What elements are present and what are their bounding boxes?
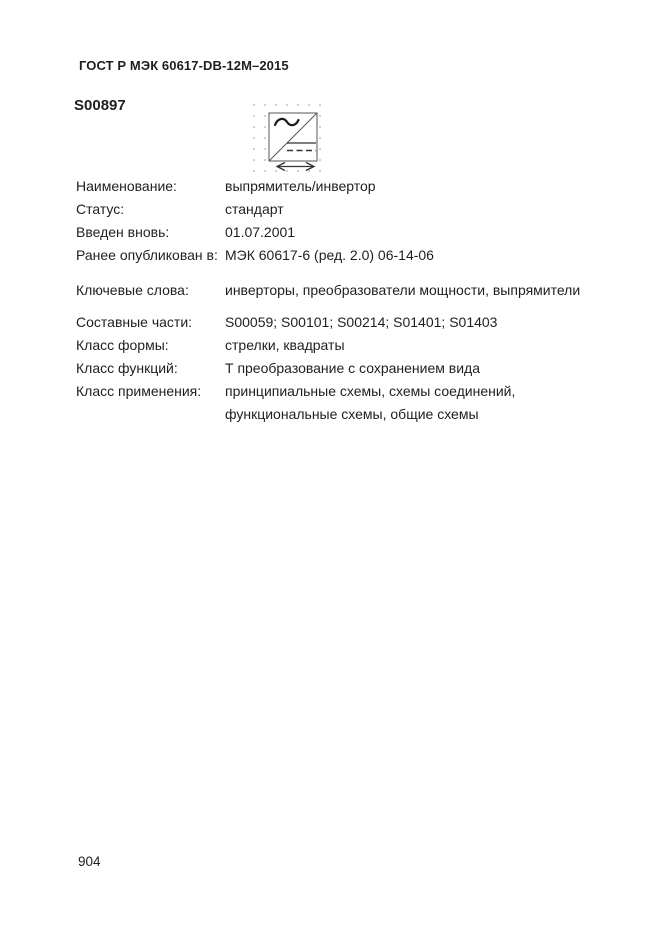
field-label: Класс формы: <box>76 334 225 357</box>
field-label: Класс применения: <box>76 380 225 403</box>
field-label: Ключевые слова: <box>76 279 225 302</box>
field-label: Введен вновь: <box>76 221 225 244</box>
field-value: стандарт <box>225 198 284 221</box>
field-list: Наименование: выпрямитель/инвертор Стату… <box>76 175 580 426</box>
field-row-introduced: Введен вновь: 01.07.2001 <box>76 221 580 244</box>
field-row-shape-class: Класс формы: стрелки, квадраты <box>76 334 580 357</box>
symbol-id-heading: S00897 <box>74 97 126 114</box>
field-value: инверторы, преобразователи мощности, вып… <box>225 279 580 302</box>
field-label: Составные части: <box>76 311 225 334</box>
field-row-application-class: Класс применения: принципиальные схемы, … <box>76 380 580 403</box>
field-value: Т преобразование с сохранением вида <box>225 357 480 380</box>
field-value: функциональные схемы, общие схемы <box>225 403 479 426</box>
field-label: Ранее опубликован в: <box>76 244 225 267</box>
document-page: ГОСТ Р МЭК 60617-DB-12М–2015 S00897 Наим… <box>0 0 661 936</box>
field-row-function-class: Класс функций: Т преобразование с сохран… <box>76 357 580 380</box>
field-row-components: Составные части: S00059; S00101; S00214;… <box>76 311 580 334</box>
rectifier-inverter-symbol <box>244 92 324 176</box>
field-row-keywords: Ключевые слова: инверторы, преобразовате… <box>76 279 580 302</box>
field-row-name: Наименование: выпрямитель/инвертор <box>76 175 580 198</box>
field-value: 01.07.2001 <box>225 221 295 244</box>
field-label-empty <box>76 403 225 426</box>
field-row-previously-published: Ранее опубликован в: МЭК 60617-6 (ред. 2… <box>76 244 580 267</box>
field-value: стрелки, квадраты <box>225 334 345 357</box>
bidirectional-arrow-icon <box>277 163 314 171</box>
page-number: 904 <box>78 854 101 869</box>
field-label: Наименование: <box>76 175 225 198</box>
field-label: Статус: <box>76 198 225 221</box>
field-value: МЭК 60617-6 (ред. 2.0) 06-14-06 <box>225 244 434 267</box>
field-label: Класс функций: <box>76 357 225 380</box>
field-row-application-class-continued: функциональные схемы, общие схемы <box>76 403 580 426</box>
field-row-status: Статус: стандарт <box>76 198 580 221</box>
field-value: S00059; S00101; S00214; S01401; S01403 <box>225 311 497 334</box>
field-value: выпрямитель/инвертор <box>225 175 376 198</box>
document-header: ГОСТ Р МЭК 60617-DB-12М–2015 <box>79 58 289 73</box>
field-value: принципиальные схемы, схемы соединений, <box>225 380 515 403</box>
